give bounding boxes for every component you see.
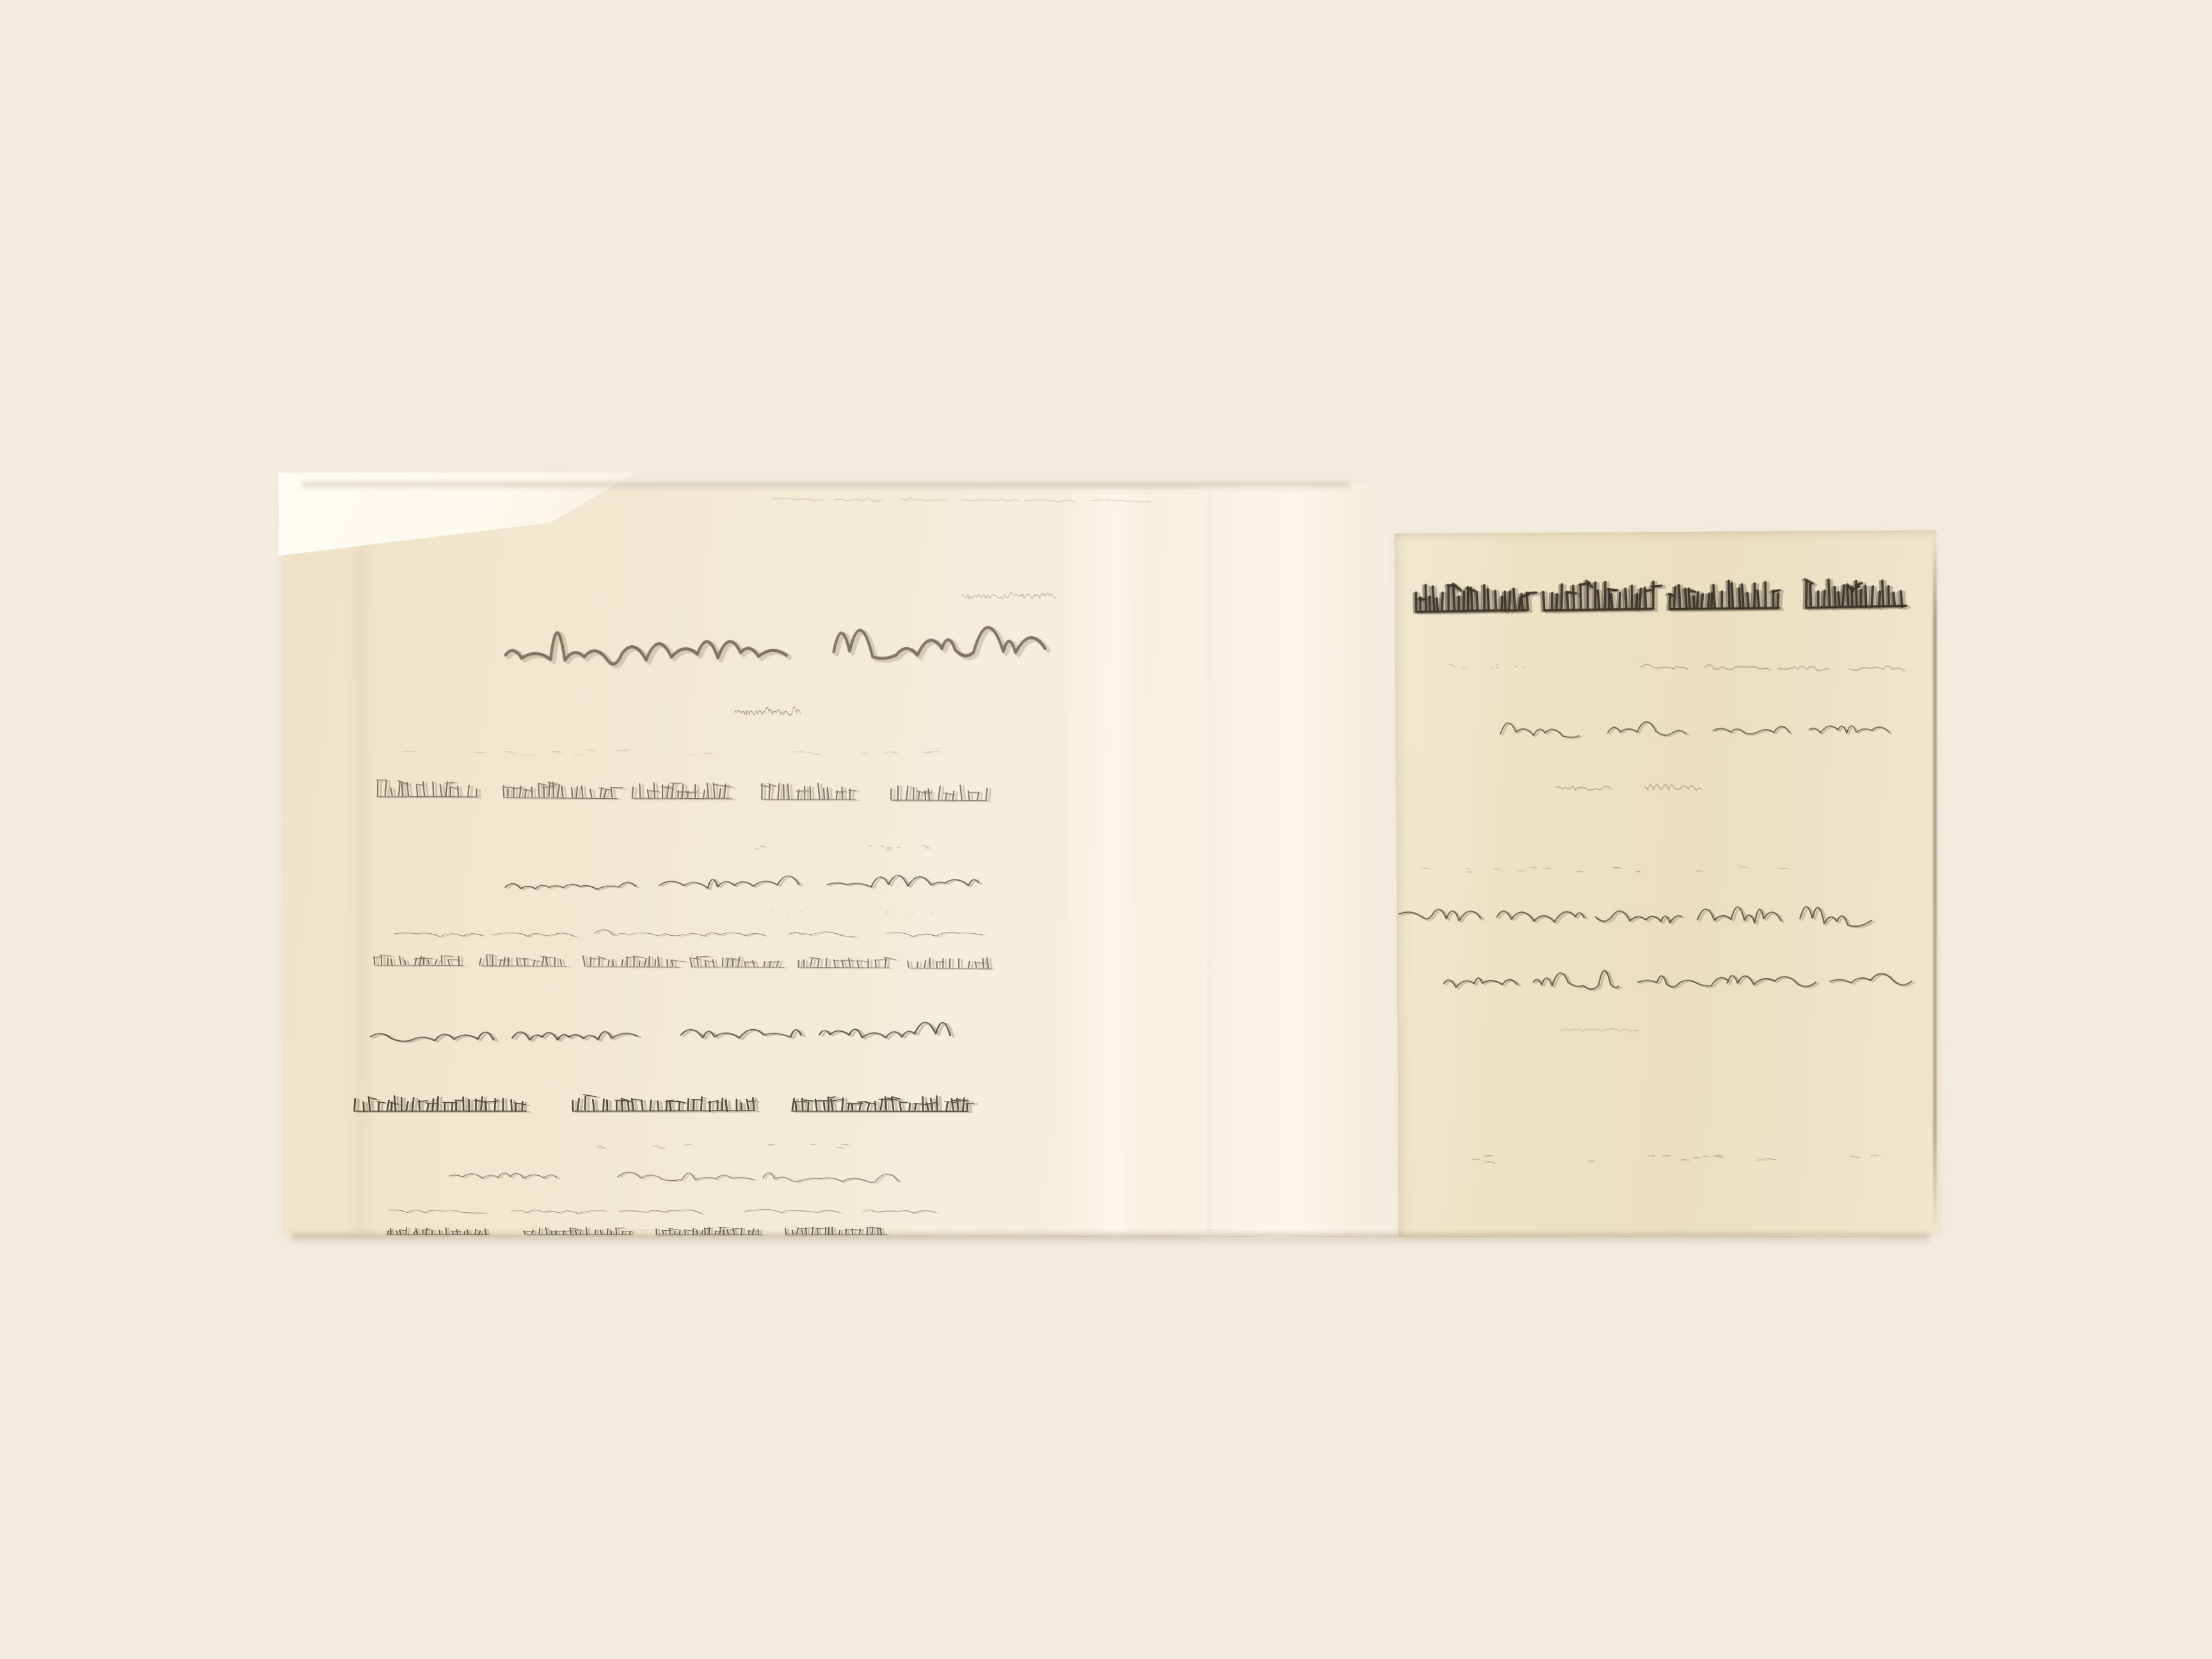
ink-line-left-faint-marks-row [385,738,984,764]
ink-line-left-paragraph-row-2-upper [751,835,993,857]
ink-line-right-header-line-2b [1633,649,1916,679]
ink-line-left-paragraph-row-3 [385,913,984,945]
photo-backdrop: Photograph of an aged two-page handwritt… [0,0,2212,1659]
ink-line-left-paragraph-row-6 [352,1079,1001,1126]
ink-line-left-paragraph-row-1 [377,764,1009,815]
ink-line-left-heading-flourish [959,573,1067,607]
ink-line-right-paragraph-row-1-upper [1408,854,1791,881]
ink-line-right-tiny-word [1558,1016,1655,1037]
ink-line-left-paragraph-row-5 [360,1000,967,1056]
ink-line-left-paragraph-row-4 [369,940,1009,980]
ink-line-right-bottom-sparse-row [1400,1141,1899,1174]
ink-line-left-paragraph-row-2 [485,855,992,903]
ink-line-right-paragraph-row-1 [1396,879,1892,940]
ink-line-right-header-line-2a [1425,652,1575,677]
ink-line-left-paragraph-row-7 [435,1151,926,1193]
ink-line-right-header-bold [1413,562,1925,632]
document-photo: Photograph of an aged two-page handwritt… [285,485,1949,1239]
handwriting-layer [285,485,1949,1239]
ink-line-right-paragraph-row-2 [1433,946,1919,1002]
ink-line-right-header-line-4-mark [1791,776,1841,792]
ink-line-right-header-line-3 [1500,697,1907,750]
ink-line-left-salutation-word [726,690,826,725]
ink-line-left-top-tiny-scribble [767,487,1150,507]
ink-line-left-salutation-dot [842,708,869,720]
ink-line-right-header-line-4 [1550,767,1724,799]
ink-line-bottom-gray-strip [352,1224,1217,1236]
